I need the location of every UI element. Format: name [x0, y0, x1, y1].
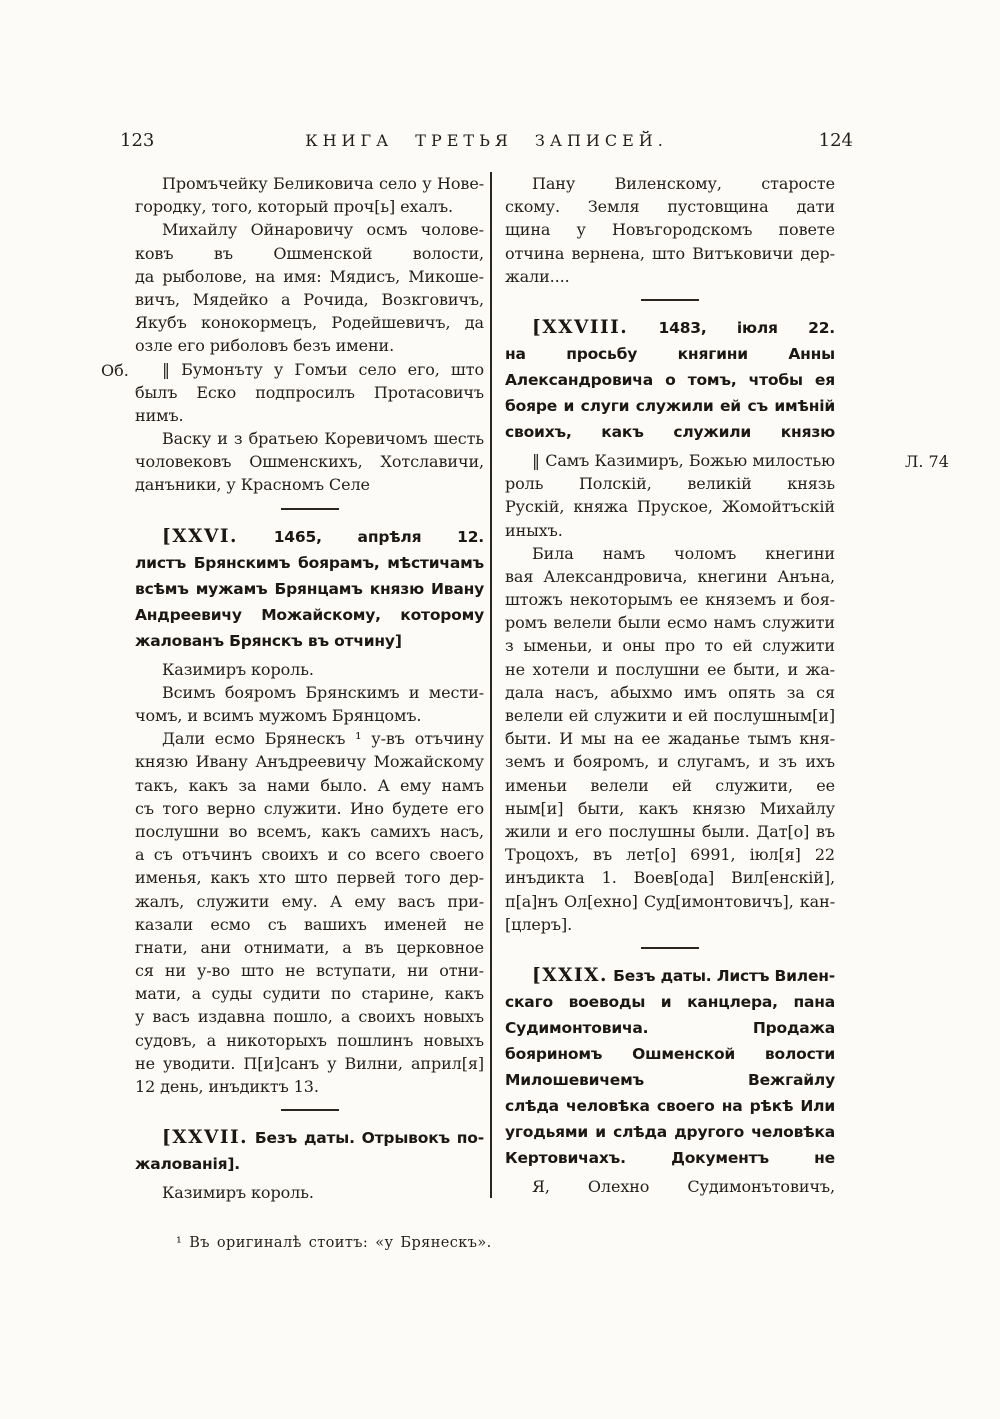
text-line: съ того верно служити. Ино будете его: [135, 797, 484, 820]
paragraph: Михайлу Ойнаровичу осмъ чолове-ковъ въ О…: [135, 218, 484, 357]
text-line: на просьбу княгини Анны Михайловой: [505, 341, 835, 367]
footnote: ¹ Въ оригиналѣ стоитъ: «у Брянескъ».: [176, 1235, 492, 1251]
text-line: дала насъ, абыхмо имъ опять за ся: [505, 681, 835, 704]
document-roman-number: [XXVII.: [162, 1127, 248, 1148]
text-line: судовъ, а никоторыхъ пошлинъ новыхъ: [135, 1029, 484, 1052]
text-line: ковъ въ Ошменской волости, конокормъци: [135, 242, 484, 265]
text-line: не хотели и послушни ее быти, и жа-: [505, 658, 835, 681]
book-page-scan: 123 КНИГА ТРЕТЬЯ ЗАПИСЕЙ. 124 Промъчейку…: [0, 0, 1000, 1419]
text-line: такъ, какъ за нами было. А ему намъ: [135, 774, 484, 797]
text-line: вичъ, Мядейко а Рочида, Возкговичъ,: [135, 288, 484, 311]
document-roman-number: [XXVIII.: [532, 317, 628, 338]
text-line: [цлеръ].: [505, 913, 835, 936]
paragraph: Промъчейку Беликовича село у Нове-городк…: [135, 172, 484, 218]
text-line: данъники, у Красномъ Селе: [135, 473, 484, 496]
text-line: жали....: [505, 265, 835, 288]
text-line: земъ и бояромъ, и слугамъ, и зъ ихъ: [505, 750, 835, 773]
text-line: п[а]нъ Ол[ехно] Суд[имонтовичъ], кан-: [505, 890, 835, 913]
running-title: КНИГА ТРЕТЬЯ ЗАПИСЕЙ.: [305, 131, 668, 150]
text-line: щина у Новъгородскомъ повете Везкгайлу,: [505, 218, 835, 241]
text-line: Васку и з братьею Коревичомъ шесть: [135, 427, 484, 450]
text-line: з ыменьи, и оны про то ей служити: [505, 634, 835, 657]
text-line: Казимиръ король.: [135, 1181, 484, 1204]
text-line: бояре и слуги служили ей съ имѣній: [505, 393, 835, 419]
text-line: [XXVII. Безъ даты. Отрывокъ по-: [135, 1125, 484, 1151]
paragraph: Казимиръ король.: [135, 1181, 484, 1204]
running-header: 123 КНИГА ТРЕТЬЯ ЗАПИСЕЙ. 124: [120, 130, 853, 151]
text-line: жалованія].: [135, 1151, 484, 1177]
text-line: скому. Земля пустовщина дати Миновъ-: [505, 195, 835, 218]
text-line: 12 день, инъдиктъ 13.: [135, 1075, 484, 1098]
text-line: бояриномъ Ошменской волости Якубомъ: [505, 1041, 835, 1067]
text-line: именьи велели ей служити, ее послуш-: [505, 774, 835, 797]
text-line: Андреевичу Можайскому, которому по-: [135, 602, 484, 628]
text-line: послушни во всемъ, какъ самихъ насъ,: [135, 820, 484, 843]
text-line: Я, Олехно Судимонътовичъ, воевода: [505, 1175, 835, 1198]
text-line: Кертовичахъ. Документъ не оконченъ].: [505, 1145, 835, 1171]
text-line: князю Ивану Анъдреевичу Можайскому: [135, 750, 484, 773]
text-line: не уводити. П[и]санъ у Вилни, април[я]: [135, 1052, 484, 1075]
text-line: слѣда человѣка своего на рѣкѣ Или съ: [505, 1093, 835, 1119]
text-line: жалованъ Брянскъ въ отчину]: [135, 628, 484, 654]
text-line: своихъ, какъ служили князю Михайлу].: [505, 419, 835, 445]
text-line: Казимиръ король.: [135, 658, 484, 681]
text-line: Рускій, княжа Пруское, Жомойтъскій и: [505, 495, 835, 518]
paragraph: Дали есмо Брянескъ ¹ у-въ отъчинукнязю И…: [135, 727, 484, 1098]
text-line: былъ Еско подпросилъ Протасовичъ подъ: [135, 381, 484, 404]
text-line: ‖ Самъ Казимиръ, Божью милостью ко-: [505, 449, 835, 472]
text-line: мати, а суды судити по старине, какъ: [135, 982, 484, 1005]
paragraph: Я, Олехно Судимонътовичъ, воевода: [505, 1175, 835, 1198]
paragraph: ‖ Самъ Казимиръ, Божью милостью ко-роль …: [505, 449, 835, 542]
text-line: [XXVIII. 1483, іюля 22. Соизволеніе: [505, 315, 835, 341]
left-column: Промъчейку Беликовича село у Нове-городк…: [135, 172, 484, 1204]
text-line: да рыболове, на имя: Мядисъ, Микоше-: [135, 265, 484, 288]
text-line: нимъ.: [135, 404, 484, 427]
section-divider-rule: [505, 288, 835, 310]
section-divider-rule: [135, 1098, 484, 1120]
document-heading: [XXIX. Безъ даты. Листъ Вилен-скаго воев…: [505, 963, 835, 1171]
text-line: чомъ, и всимъ мужомъ Брянцомъ.: [135, 704, 484, 727]
text-line: листъ Брянскимъ боярамъ, мѣстичамъ и: [135, 550, 484, 576]
text-line: Троцохъ, въ лет[о] 6991, іюл[я] 22 день,: [505, 843, 835, 866]
two-column-text-area: Промъчейку Беликовича село у Нове-городк…: [135, 172, 835, 1205]
document-heading: [XXVI. 1465, апрѣля 12. Послушныйлистъ Б…: [135, 524, 484, 654]
margin-note-verso: Об.: [101, 361, 129, 380]
text-line: [XXIX. Безъ даты. Листъ Вилен-: [505, 963, 835, 989]
document-heading: [XXVIII. 1483, іюля 22. Соизволеніена пр…: [505, 315, 835, 445]
text-line: ромъ велели были есмо намъ служити и: [505, 611, 835, 634]
text-line: штожъ некоторымъ ее княземъ и боя-: [505, 588, 835, 611]
paragraph: Всимъ бояромъ Брянскимъ и мести-чомъ, и …: [135, 681, 484, 727]
text-line: [XXVI. 1465, апрѣля 12. Послушный: [135, 524, 484, 550]
text-line: ным[и] быти, какъ князю Михайлу слу-: [505, 797, 835, 820]
text-line: а съ отъчинъ своихъ и со всего своего: [135, 843, 484, 866]
text-line: Михайлу Ойнаровичу осмъ чолове-: [135, 218, 484, 241]
text-line: Пану Виленскому, старосте Жомойт-: [505, 172, 835, 195]
text-line: именья, какъ хто што первей того дер-: [135, 866, 484, 889]
text-line: жалъ, служити ему. А ему васъ при-: [135, 890, 484, 913]
text-line: вая Александровича, кнегини Анъна,: [505, 565, 835, 588]
page-number-right: 124: [819, 130, 853, 151]
paragraph: Казимиръ король.: [135, 658, 484, 681]
paragraph: Васку и з братьею Коревичомъ шестьчолове…: [135, 427, 484, 497]
paragraph: Пану Виленскому, старосте Жомойт-скому. …: [505, 172, 835, 288]
text-line: отчина вернена, што Витъковичи дер-: [505, 242, 835, 265]
text-line: ‖ Бумонъту у Гомъи село его, што: [135, 358, 484, 381]
paragraph: Била намъ чоломъ кнегини Михайло-вая Але…: [505, 542, 835, 936]
text-line: Милошевичемъ Вежгайлу Ивашковичу: [505, 1067, 835, 1093]
paragraph: ‖ Бумонъту у Гомъи село его, штобылъ Еск…: [135, 358, 484, 428]
text-line: жили и его послушны были. Дат[о] въ: [505, 820, 835, 843]
text-line: иныхъ.: [505, 519, 835, 542]
text-line: инъдикта 1. Воев[ода] Вил[енскій],: [505, 866, 835, 889]
text-line: у васъ издавна пошло, а своихъ новыхъ: [135, 1005, 484, 1028]
text-line: роль Полскій, великій князь Литовскій,: [505, 472, 835, 495]
text-line: всѣмъ мужамъ Брянцамъ князю Ивану: [135, 576, 484, 602]
document-heading: [XXVII. Безъ даты. Отрывокъ по-жалованія…: [135, 1125, 484, 1177]
page-number-left: 123: [120, 130, 154, 151]
section-divider-rule: [505, 936, 835, 958]
text-line: озле его риболовъ безъ имени.: [135, 334, 484, 357]
document-roman-number: [XXVI.: [162, 526, 238, 547]
text-line: угодьями и слѣда другого человѣка въ: [505, 1119, 835, 1145]
right-column: Пану Виленскому, старосте Жомойт-скому. …: [505, 172, 835, 1198]
text-line: Била намъ чоломъ кнегини Михайло-: [505, 542, 835, 565]
margin-note-folio: Л. 74: [905, 452, 949, 471]
text-line: Якубъ конокормецъ, Родейшевичъ, да: [135, 311, 484, 334]
text-line: казали есмо съ вашихъ именей не: [135, 913, 484, 936]
text-line: быти. И мы на ее жаданье тымъ кня-: [505, 727, 835, 750]
text-line: Судимонтовича. Продажа королевскимъ: [505, 1015, 835, 1041]
text-line: скаго воеводы и канцлера, пана Олехна: [505, 989, 835, 1015]
section-divider-rule: [135, 497, 484, 519]
text-line: ся ни у-во што не вступати, ни отни-: [135, 959, 484, 982]
text-line: Александровича о томъ, чтобы ея князья,: [505, 367, 835, 393]
text-line: чоловековъ Ошменскихъ, Хотславичи,: [135, 450, 484, 473]
text-line: гнати, ани отнимати, а въ церковное: [135, 936, 484, 959]
text-line: городку, того, который проч[ь] ехалъ.: [135, 195, 484, 218]
text-line: велели ей служити и ей послушным[и]: [505, 704, 835, 727]
text-line: Дали есмо Брянескъ ¹ у-въ отъчину: [135, 727, 484, 750]
text-line: Всимъ бояромъ Брянскимъ и мести-: [135, 681, 484, 704]
document-roman-number: [XXIX.: [532, 965, 608, 986]
column-divider-rule: [490, 172, 492, 1198]
text-line: Промъчейку Беликовича село у Нове-: [135, 172, 484, 195]
